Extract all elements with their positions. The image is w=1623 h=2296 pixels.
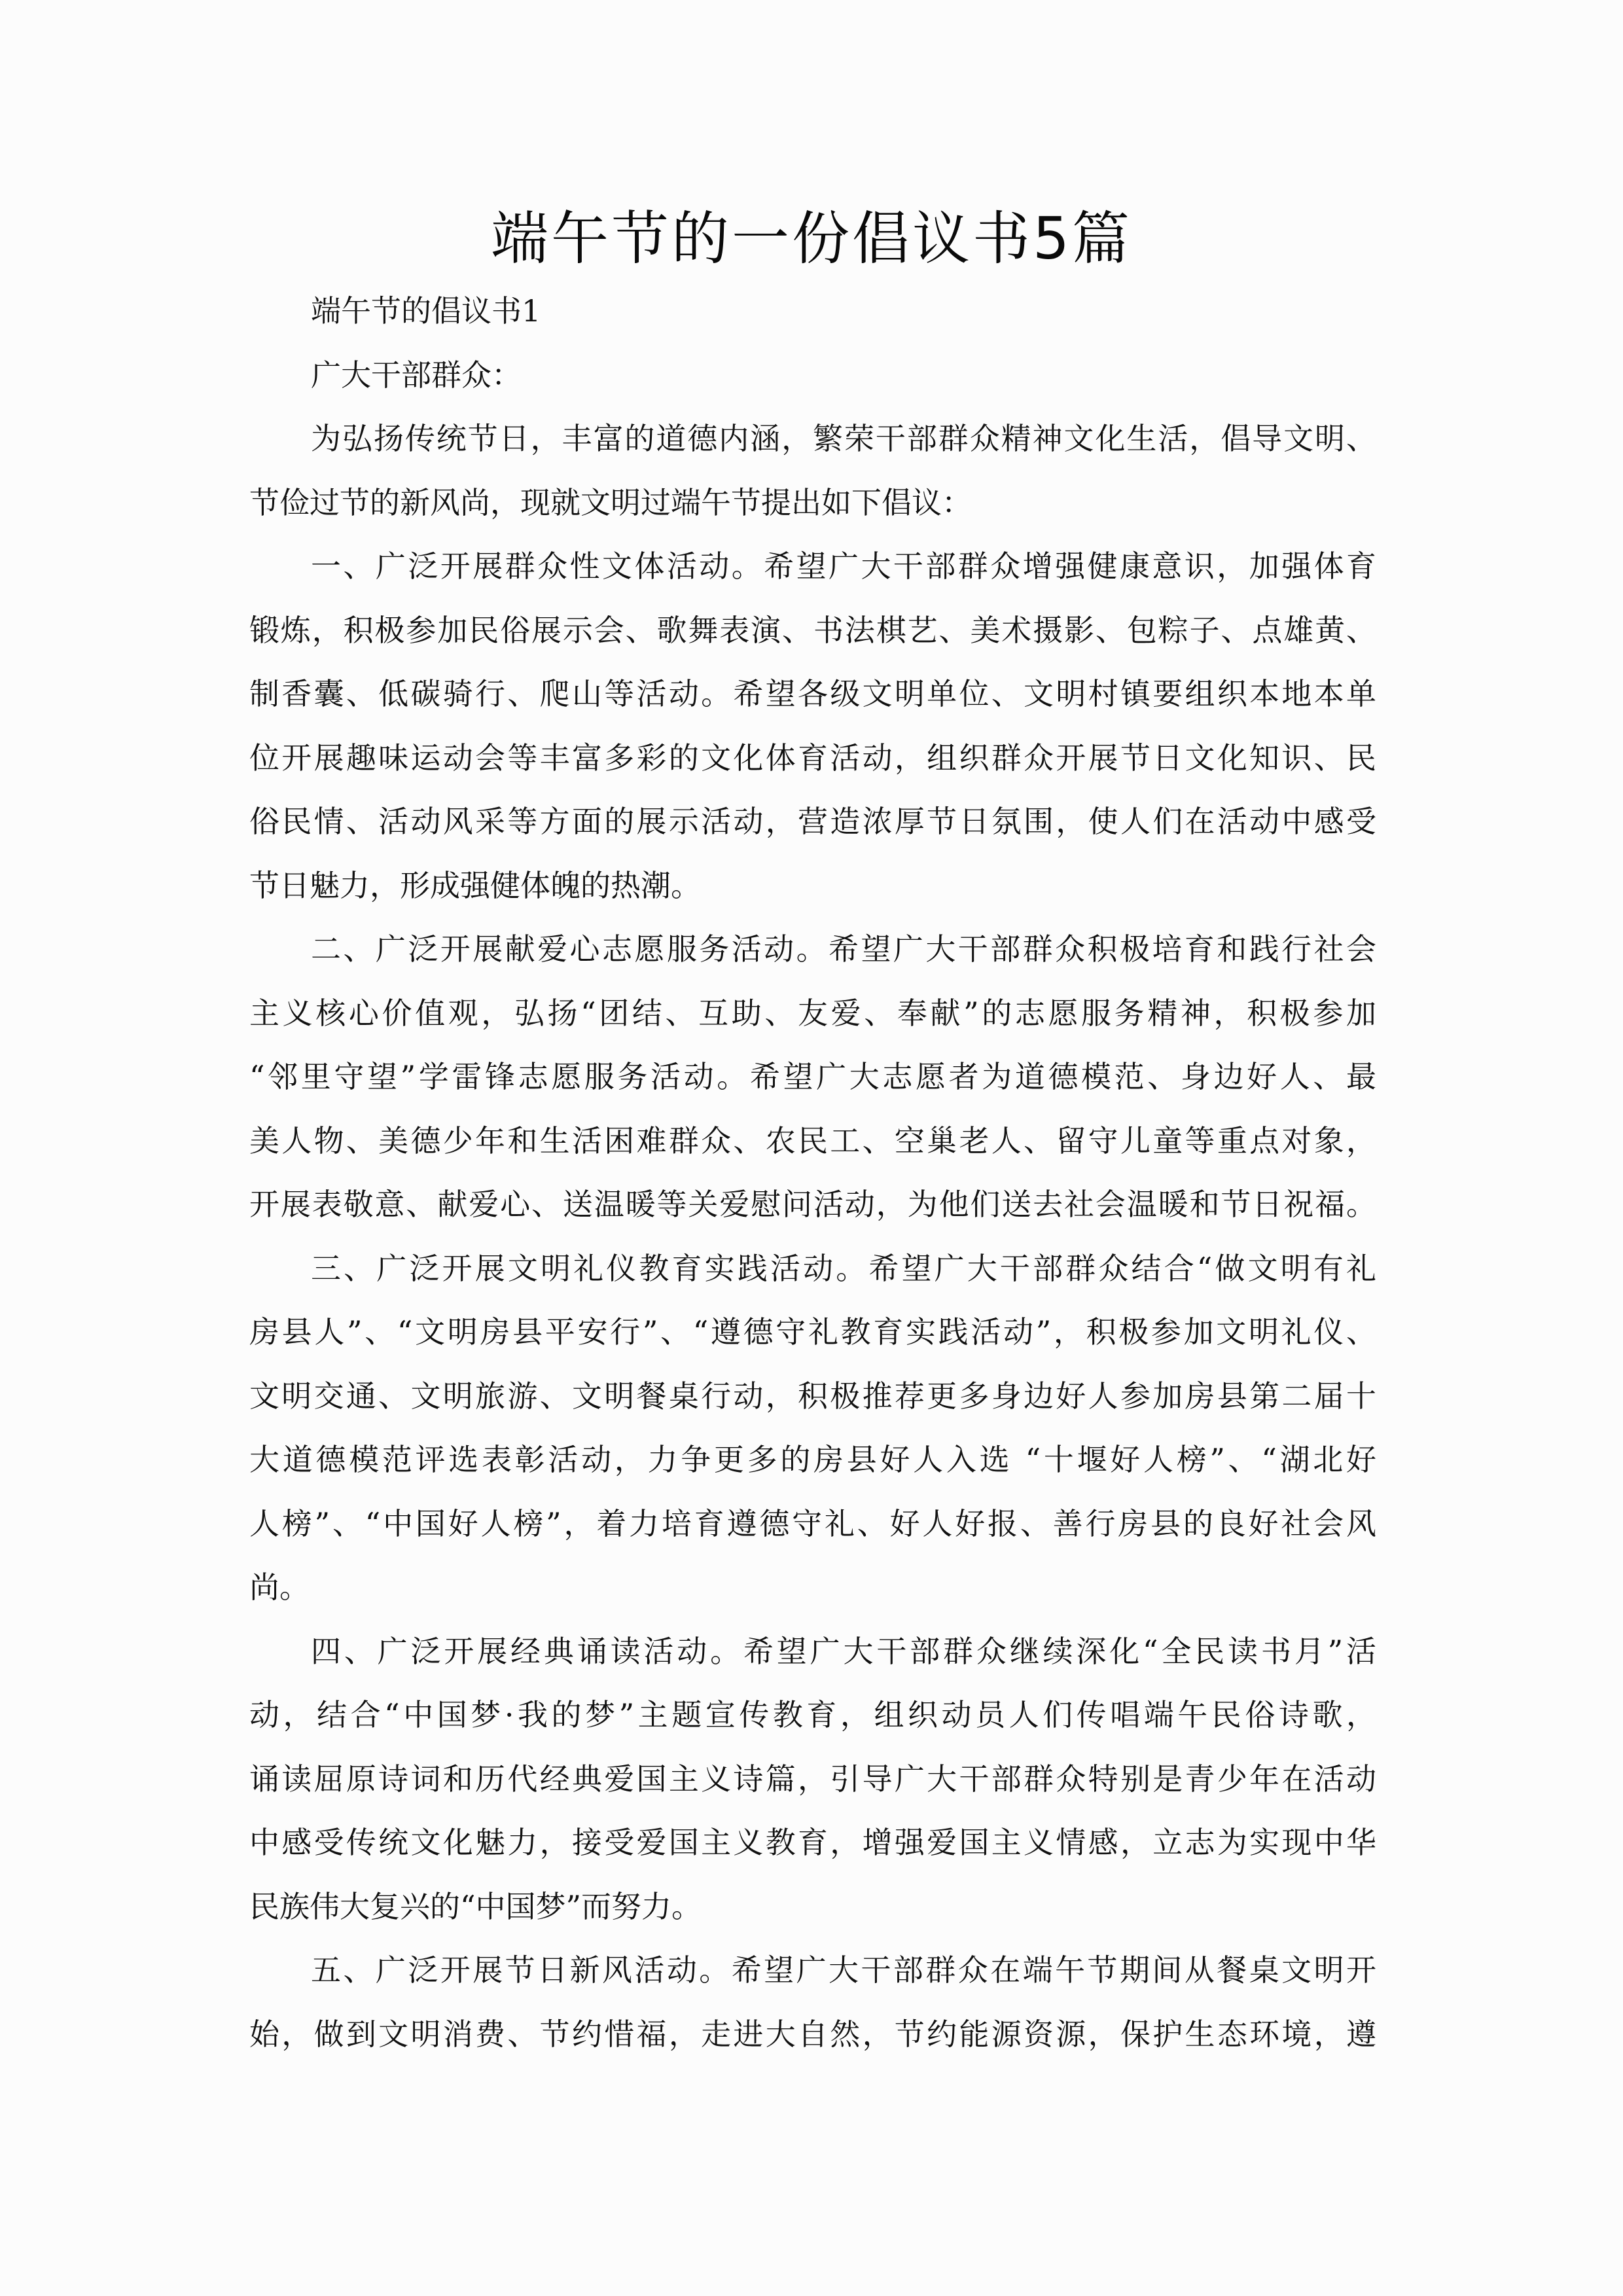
text-line: 动，结合“中国梦·我的梦”主题宣传教育，组织动员人们传唱端午民俗诗歌， [249,1683,1376,1748]
text-line: 文明交通、文明旅游、文明餐桌行动，积极推荐更多身边好人参加房县第二届十 [249,1365,1376,1429]
text-line: 端午节的倡议书1 [249,279,1376,344]
text-line: 人榜”、“中国好人榜”，着力培育遵德守礼、好人好报、善行房县的良好社会风 [249,1492,1376,1556]
text-line: 节俭过节的新风尚，现就文明过端午节提出如下倡议： [249,471,1376,535]
text-line: 制香囊、低碳骑行、爬山等活动。希望各级文明单位、文明村镇要组织本地本单 [249,662,1376,726]
text-line: 四、广泛开展经典诵读活动。希望广大干部群众继续深化“全民读书月”活 [249,1620,1376,1684]
document-body: 端午节的倡议书1 广大干部群众： 为弘扬传统节日，丰富的道德内涵，繁荣干部群众精… [249,279,1376,2066]
text-line: 五、广泛开展节日新风活动。希望广大干部群众在端午节期间从餐桌文明开 [249,1939,1376,2003]
text-line: 美人物、美德少年和生活困难群众、农民工、空巢老人、留守儿童等重点对象， [249,1109,1376,1174]
document-page: 端午节的一份倡议书5篇 端午节的倡议书1 广大干部群众： 为弘扬传统节日，丰富的… [0,0,1623,2296]
text-line: 一、广泛开展群众性文体活动。希望广大干部群众增强健康意识，加强体育 [249,535,1376,599]
text-line: 广大干部群众： [249,344,1376,408]
text-line: “邻里守望”学雷锋志愿服务活动。希望广大志愿者为道德模范、身边好人、最 [249,1045,1376,1109]
text-line: 开展表敬意、献爱心、送温暖等关爱慰问活动，为他们送去社会温暖和节日祝福。 [249,1173,1376,1237]
text-line: 大道德模范评选表彰活动，力争更多的房县好人入选 “十堰好人榜”、“湖北好 [249,1428,1376,1492]
text-line: 尚。 [249,1556,1376,1620]
text-line: 中感受传统文化魅力，接受爱国主义教育，增强爱国主义情感，立志为实现中华 [249,1811,1376,1875]
text-line: 始，做到文明消费、节约惜福，走进大自然，节约能源资源，保护生态环境，遵 [249,2003,1376,2067]
document-title: 端午节的一份倡议书5篇 [0,203,1623,275]
text-line: 主义核心价值观，弘扬“团结、互助、友爱、奉献”的志愿服务精神，积极参加 [249,982,1376,1046]
text-line: 三、广泛开展文明礼仪教育实践活动。希望广大干部群众结合“做文明有礼 [249,1237,1376,1301]
text-line: 位开展趣味运动会等丰富多彩的文化体育活动，组织群众开展节日文化知识、民 [249,726,1376,791]
text-line: 锻炼，积极参加民俗展示会、歌舞表演、书法棋艺、美术摄影、包粽子、点雄黄、 [249,599,1376,663]
text-line: 为弘扬传统节日，丰富的道德内涵，繁荣干部群众精神文化生活，倡导文明、 [249,407,1376,471]
text-line: 俗民情、活动风采等方面的展示活动，营造浓厚节日氛围，使人们在活动中感受 [249,790,1376,854]
text-line: 诵读屈原诗词和历代经典爱国主义诗篇，引导广大干部群众特别是青少年在活动 [249,1748,1376,1812]
text-line: 民族伟大复兴的“中国梦”而努力。 [249,1875,1376,1939]
text-line: 节日魅力，形成强健体魄的热潮。 [249,854,1376,918]
text-line: 房县人”、“文明房县平安行”、“遵德守礼教育实践活动”，积极参加文明礼仪、 [249,1300,1376,1365]
text-line: 二、广泛开展献爱心志愿服务活动。希望广大干部群众积极培育和践行社会 [249,918,1376,982]
